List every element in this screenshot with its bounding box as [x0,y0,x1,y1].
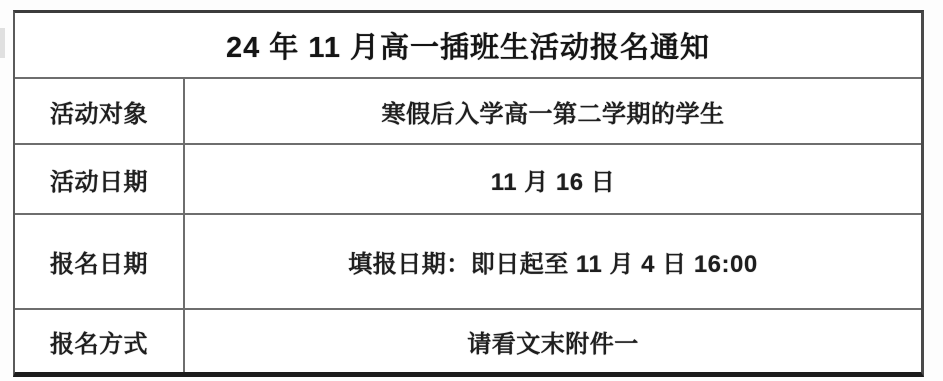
notice-title-row: 24 年 11 月高一插班生活动报名通知 [15,13,921,79]
row-label-activity-target: 活动对象 [50,94,148,129]
notice-table: 24 年 11 月高一插班生活动报名通知 活动对象 寒假后入学高一第二学期的学生… [13,10,924,377]
table-row-registration-date: 报名日期 填报日期：即日起至 11 月 4 日 16:00 [15,215,921,310]
table-row-activity-date: 活动日期 11 月 16 日 [15,145,921,215]
notice-title: 24 年 11 月高一插班生活动报名通知 [226,25,710,66]
row-label-registration-date: 报名日期 [50,244,148,279]
row-value-registration-date: 填报日期：即日起至 11 月 4 日 16:00 [348,244,757,279]
row-value-cell: 填报日期：即日起至 11 月 4 日 16:00 [185,215,921,308]
row-value-cell: 11 月 16 日 [185,145,921,213]
row-value-registration-method: 请看文末附件一 [467,324,639,359]
table-row-registration-method: 报名方式 请看文末附件一 [15,310,921,372]
row-label-registration-method: 报名方式 [50,324,148,359]
row-label-cell: 报名日期 [15,215,185,308]
row-value-cell: 请看文末附件一 [185,310,921,372]
row-value-activity-target: 寒假后入学高一第二学期的学生 [382,94,725,129]
table-row-activity-target: 活动对象 寒假后入学高一第二学期的学生 [15,79,921,145]
scan-edge-artifact [0,28,5,58]
row-label-cell: 报名方式 [15,310,185,372]
row-label-activity-date: 活动日期 [50,162,148,197]
row-value-cell: 寒假后入学高一第二学期的学生 [185,79,921,143]
row-value-activity-date: 11 月 16 日 [491,162,616,197]
row-label-cell: 活动对象 [15,79,185,143]
row-label-cell: 活动日期 [15,145,185,213]
